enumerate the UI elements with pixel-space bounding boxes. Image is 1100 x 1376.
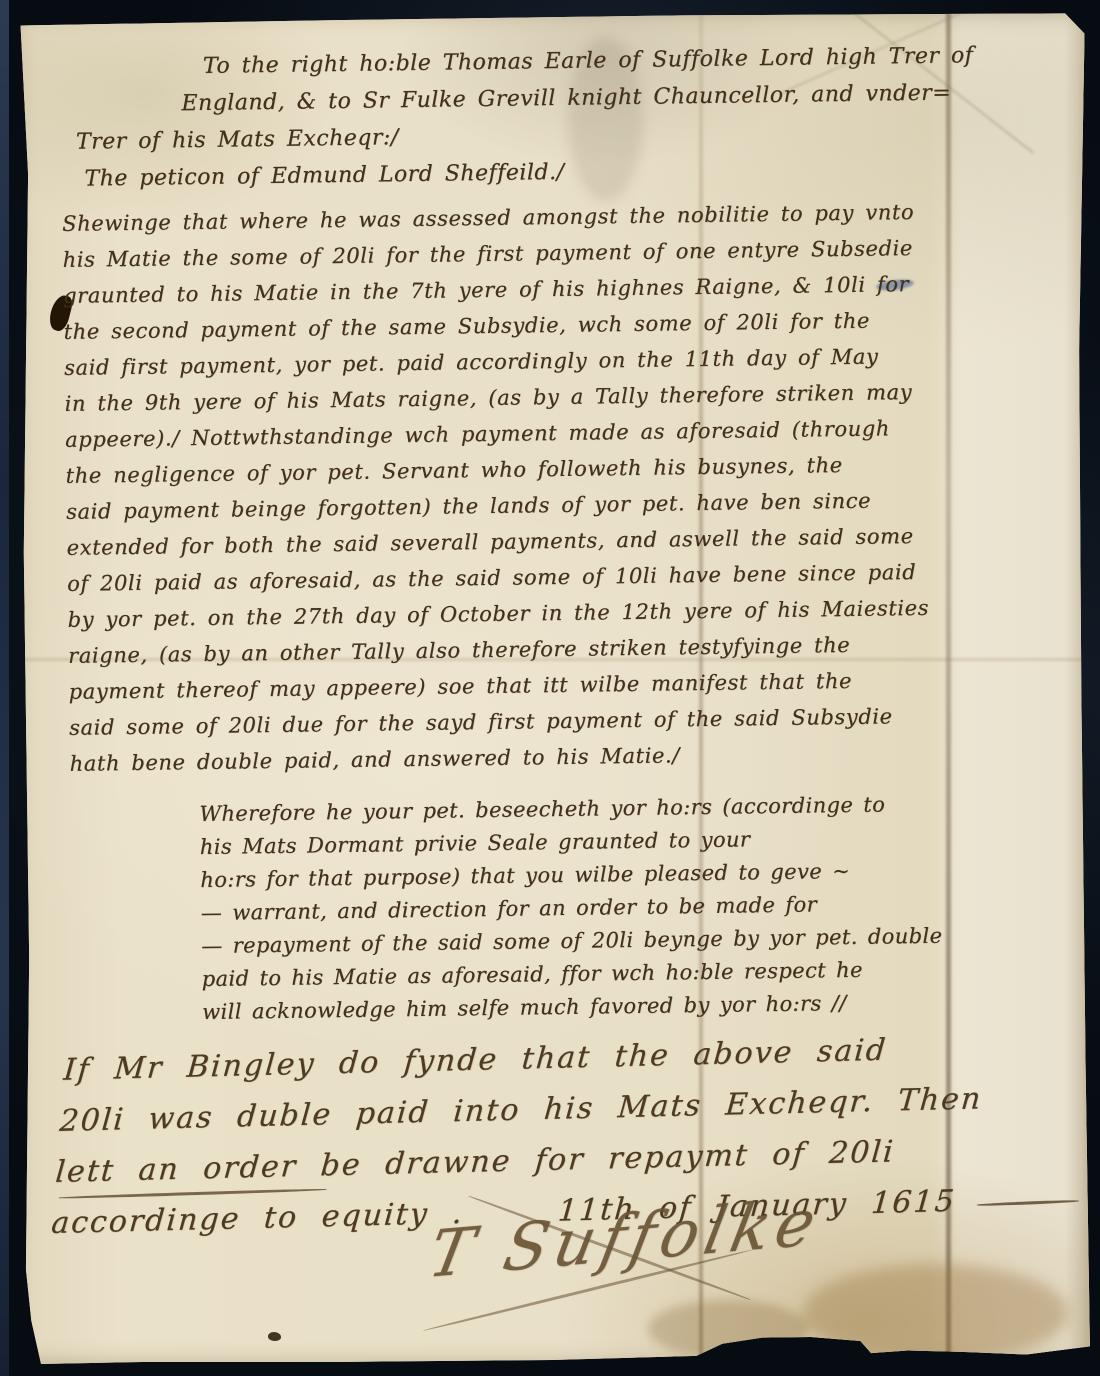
handwritten-ink-layer: To the right ho:ble Thomas Earle of Suff…: [12, 0, 1100, 1364]
manuscript-paper: To the right ho:ble Thomas Earle of Suff…: [13, 12, 1091, 1364]
prayer-paragraph: Wherefore he your pet. beseecheth yor ho…: [199, 788, 943, 1029]
photo-background: To the right ho:ble Thomas Earle of Suff…: [0, 0, 1100, 1376]
date-underline: [977, 1199, 1079, 1206]
petition-body: Shewinge that where he was assessed amon…: [62, 194, 931, 782]
address-heading: To the right ho:ble Thomas Earle of Suff…: [75, 37, 975, 198]
mount-edge-strip: [0, 0, 9, 1376]
